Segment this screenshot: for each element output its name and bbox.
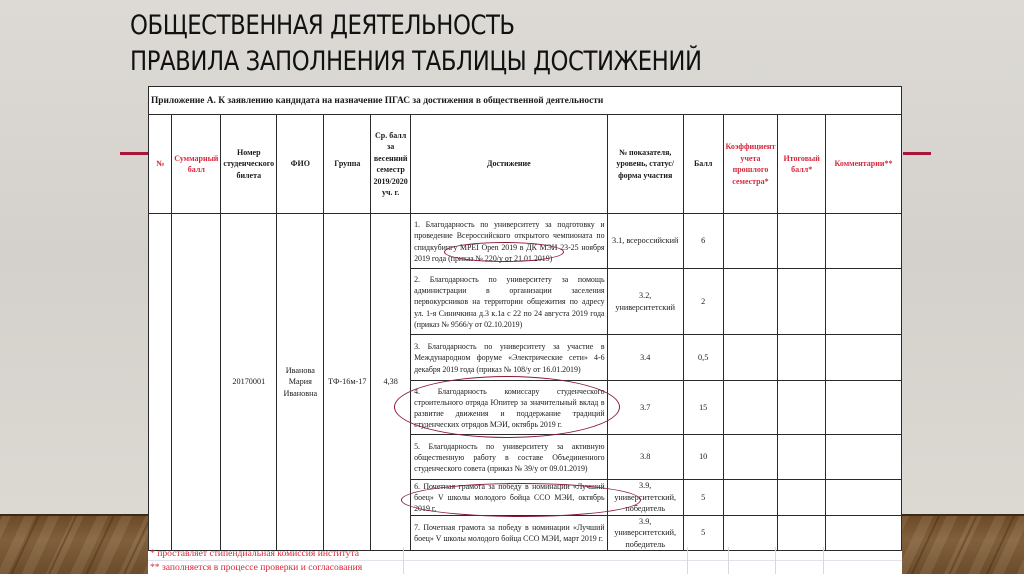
score-cell: 10 (683, 435, 723, 480)
final-score-cell (778, 269, 826, 335)
achievement-cell: 3. Благодарность по университету за учас… (411, 335, 607, 381)
achievement-cell: 4. Благодарность комиссару студенческого… (411, 381, 607, 435)
comment-cell (825, 435, 901, 480)
footnote-1: * проставляет стипендиальная комиссия ин… (148, 547, 902, 561)
achievement-cell: 2. Благодарность по университету за помо… (411, 269, 607, 335)
grid-line (775, 547, 776, 574)
score-cell: 2 (683, 269, 723, 335)
comment-cell (825, 214, 901, 269)
score-cell: 6 (683, 214, 723, 269)
indicator-cell: 3.4 (607, 335, 683, 381)
achievement-table: Приложение А. К заявлению кандидата на н… (148, 86, 902, 551)
column-header: Номер студенческого билета (221, 115, 277, 214)
column-header: Достижение (411, 115, 607, 214)
comment-cell (825, 335, 901, 381)
column-header: Комментарии** (825, 115, 901, 214)
comment-cell (825, 381, 901, 435)
comment-cell (825, 515, 901, 551)
column-header: ФИО (277, 115, 324, 214)
score-cell: 0,5 (683, 335, 723, 381)
achievement-table-document: Приложение А. К заявлению кандидата на н… (148, 86, 902, 574)
column-header: № (149, 115, 172, 214)
final-score-cell (778, 381, 826, 435)
grid-line (823, 547, 824, 574)
footnotes: * проставляет стипендиальная комиссия ин… (148, 547, 902, 574)
final-score-cell (778, 214, 826, 269)
final-score-cell (778, 515, 826, 551)
column-header: Итоговый балл* (778, 115, 826, 214)
column-header: Группа (324, 115, 371, 214)
indicator-cell: 3.2, университетский (607, 269, 683, 335)
table-row: 20170001Иванова Мария ИвановнаТФ-16м-174… (149, 214, 902, 269)
student-name: Иванова Мария Ивановна (277, 214, 324, 551)
indicator-cell: 3.9, университетский, победитель (607, 515, 683, 551)
coefficient-cell (723, 269, 778, 335)
comment-cell (825, 269, 901, 335)
footnote-2: ** заполняется в процессе проверки и сог… (148, 561, 902, 574)
achievement-cell: 1. Благодарность по университету за подг… (411, 214, 607, 269)
slide-title-line-1: ОБЩЕСТВЕННАЯ ДЕЯТЕЛЬНОСТЬ (130, 8, 702, 44)
comment-cell (825, 480, 901, 516)
grid-line (728, 547, 729, 574)
indicator-cell: 3.1, всероссийский (607, 214, 683, 269)
student-group: ТФ-16м-17 (324, 214, 371, 551)
coefficient-cell (723, 214, 778, 269)
total-score (172, 214, 221, 551)
accent-line-right (903, 152, 931, 155)
table-caption-row: Приложение А. К заявлению кандидата на н… (149, 87, 902, 115)
final-score-cell (778, 480, 826, 516)
grid-line (687, 547, 688, 574)
score-cell: 15 (683, 381, 723, 435)
slide-title-line-2: ПРАВИЛА ЗАПОЛНЕНИЯ ТАБЛИЦЫ ДОСТИЖЕНИЙ (130, 44, 702, 80)
indicator-cell: 3.8 (607, 435, 683, 480)
table-caption: Приложение А. К заявлению кандидата на н… (149, 87, 902, 115)
coefficient-cell (723, 480, 778, 516)
final-score-cell (778, 335, 826, 381)
final-score-cell (778, 435, 826, 480)
score-cell: 5 (683, 480, 723, 516)
column-header: Балл (683, 115, 723, 214)
average-score: 4,38 (371, 214, 411, 551)
coefficient-cell (723, 335, 778, 381)
achievement-cell: 7. Почетная грамота за победу в номинаци… (411, 515, 607, 551)
column-header: Ср. балл за весенний семестр 2019/2020 у… (371, 115, 411, 214)
student-id: 20170001 (221, 214, 277, 551)
column-header: № показателя, уровень, статус/ форма уча… (607, 115, 683, 214)
achievement-cell: 6. Почетная грамота за победу в номинаци… (411, 480, 607, 516)
indicator-cell: 3.9, университетский, победитель (607, 480, 683, 516)
achievement-cell: 5. Благодарность по университету за акти… (411, 435, 607, 480)
slide-title: ОБЩЕСТВЕННАЯ ДЕЯТЕЛЬНОСТЬ ПРАВИЛА ЗАПОЛН… (130, 8, 702, 80)
coefficient-cell (723, 435, 778, 480)
column-header: Суммарный балл (172, 115, 221, 214)
table-header-row: №Суммарный баллНомер студенческого билет… (149, 115, 902, 214)
column-header: Коэффициент учета прошлого семестра* (723, 115, 778, 214)
grid-line (403, 547, 404, 574)
row-number (149, 214, 172, 551)
score-cell: 5 (683, 515, 723, 551)
coefficient-cell (723, 381, 778, 435)
indicator-cell: 3.7 (607, 381, 683, 435)
coefficient-cell (723, 515, 778, 551)
accent-line-left (120, 152, 148, 155)
